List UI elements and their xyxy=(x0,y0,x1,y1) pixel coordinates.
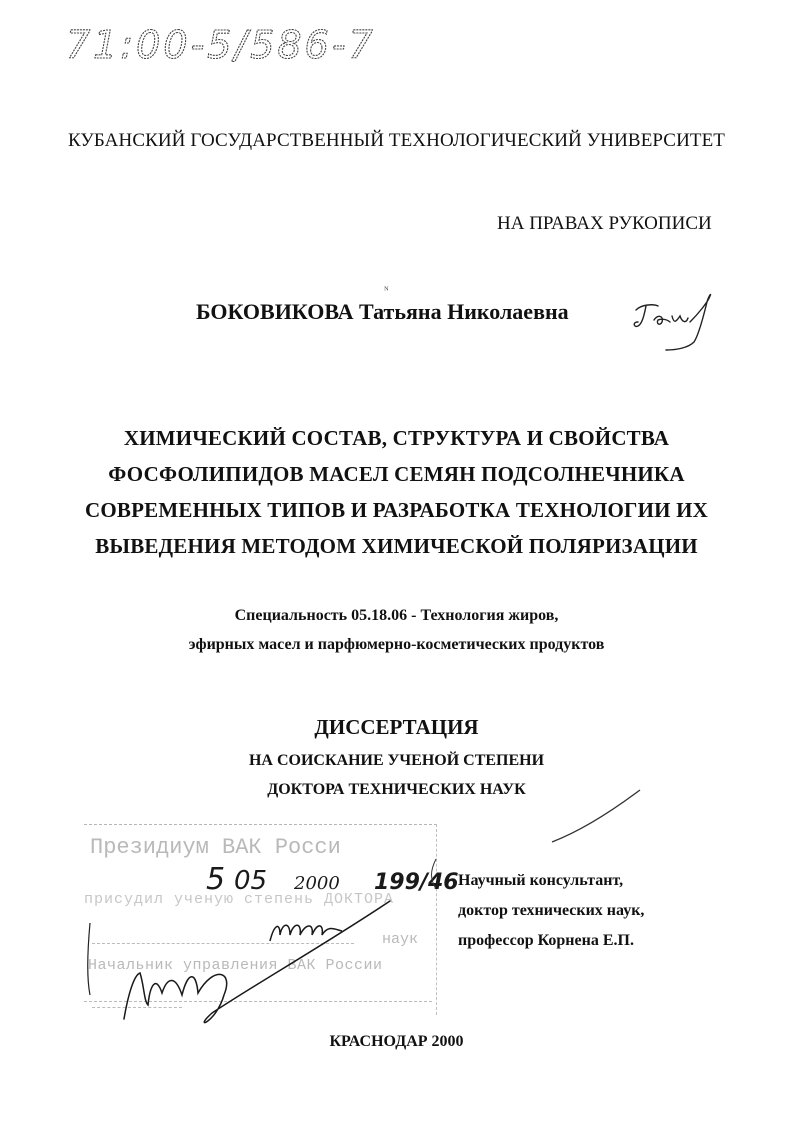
dissertation-heading: ДИССЕРТАЦИЯ xyxy=(0,715,793,740)
author-name: БОКОВИКОВА Татьяна Николаевна xyxy=(196,299,569,325)
pen-stroke-icon xyxy=(548,786,648,846)
specialty-line: Специальность 05.18.06 - Технология жиро… xyxy=(0,601,793,630)
city-year: КРАСНОДАР 2000 xyxy=(0,1033,793,1051)
dissertation-title: ХИМИЧЕСКИЙ СОСТАВ, СТРУКТУРА И СВОЙСТВА … xyxy=(0,420,793,564)
specialty-block: Специальность 05.18.06 - Технология жиро… xyxy=(0,601,793,659)
pen-stroke xyxy=(548,786,648,846)
title-line: ФОСФОЛИПИДОВ МАСЕЛ СЕМЯН ПОДСОЛНЕЧНИКА xyxy=(0,456,793,492)
consultant-line: профессор Корнена Е.П. xyxy=(458,926,644,956)
archive-number: 71:00-5/586-7 xyxy=(66,22,366,66)
consultant-line: доктор технических наук, xyxy=(458,896,644,926)
degree-line: ДОКТОРА ТЕХНИЧЕСКИХ НАУК xyxy=(0,775,793,804)
vak-stamp: Президиум ВАК Росси присудил ученую степ… xyxy=(84,824,437,1015)
consultant-block: Научный консультант, доктор технических … xyxy=(458,866,644,956)
signature-icon xyxy=(628,292,718,354)
degree-line: НА СОИСКАНИЕ УЧЕНОЙ СТЕПЕНИ xyxy=(0,746,793,775)
degree-block: НА СОИСКАНИЕ УЧЕНОЙ СТЕПЕНИ ДОКТОРА ТЕХН… xyxy=(0,746,793,804)
handwritten-archive-number-icon: 71:00-5/586-7 xyxy=(66,22,366,66)
author-mark: ᴺ xyxy=(384,285,389,296)
rights-notice: НА ПРАВАХ РУКОПИСИ xyxy=(497,213,712,235)
consultant-line: Научный консультант, xyxy=(458,866,644,896)
svg-text:199/46: 199/46 xyxy=(374,870,459,895)
university-name: КУБАНСКИЙ ГОСУДАРСТВЕННЫЙ ТЕХНОЛОГИЧЕСКИ… xyxy=(0,130,793,152)
title-line: ВЫВЕДЕНИЯ МЕТОДОМ ХИМИЧЕСКОЙ ПОЛЯРИЗАЦИИ xyxy=(0,528,793,564)
svg-text:2000: 2000 xyxy=(293,873,340,894)
title-line: ХИМИЧЕСКИЙ СОСТАВ, СТРУКТУРА И СВОЙСТВА xyxy=(0,420,793,456)
author-signature xyxy=(628,292,718,354)
title-line: СОВРЕМЕННЫХ ТИПОВ И РАЗРАБОТКА ТЕХНОЛОГИ… xyxy=(0,492,793,528)
specialty-line: эфирных масел и парфюмерно-косметических… xyxy=(0,630,793,659)
stamp-handwriting-icon: 5 05 2000 199/46 xyxy=(84,825,464,1025)
svg-text:71:00-5/586-7: 71:00-5/586-7 xyxy=(66,23,376,67)
svg-text:05: 05 xyxy=(234,866,267,896)
svg-text:5: 5 xyxy=(206,862,225,897)
